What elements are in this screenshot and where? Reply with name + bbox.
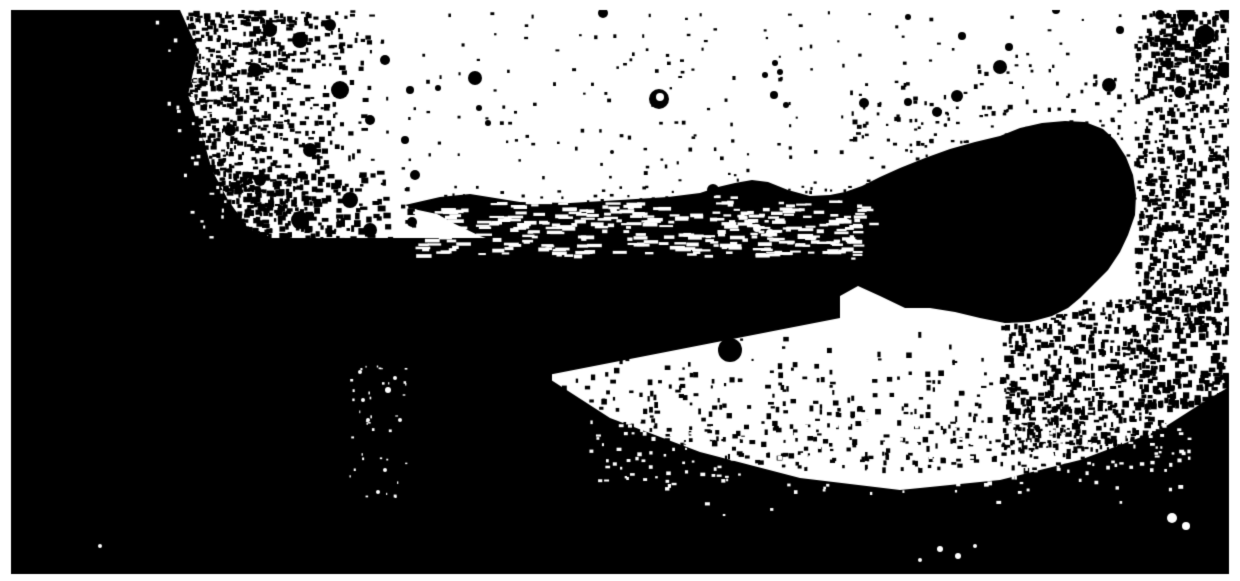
screenshot-root [0,0,1240,581]
binarized-photo-canvas [0,0,1240,581]
